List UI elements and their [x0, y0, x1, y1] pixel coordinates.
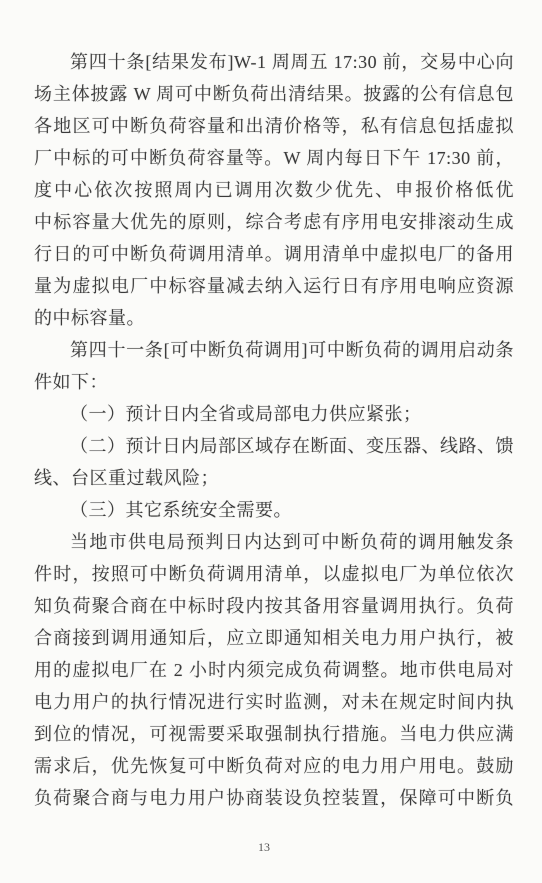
text-line: 用的虚拟电厂在 2 小时内须完成负荷调整。地市供电局对 [34, 654, 514, 686]
text-line: 合商接到调用通知后，应立即通知相关电力用户执行，被调 [34, 622, 514, 654]
text-line: （一）预计日内全省或局部电力供应紧张； [34, 398, 514, 430]
text-line: 当地市供电局预判日内达到可中断负荷的调用触发条 [34, 526, 514, 558]
text-line: 件时，按照可中断负荷调用清单，以虚拟电厂为单位依次通 [34, 558, 514, 590]
text-line: 知负荷聚合商在中标时段内按其备用容量调用执行。负荷聚 [34, 590, 514, 622]
text-line: 线、台区重过载风险； [34, 462, 514, 494]
text-line: 负荷聚合商与电力用户协商装设负控装置，保障可中断负 [34, 782, 514, 814]
text-line: 中标容量大优先的原则，综合考虑有序用电安排滚动生成运 [34, 206, 514, 238]
text-line: 量为虚拟电厂中标容量减去纳入运行日有序用电响应资源 [34, 270, 514, 302]
text-line: 到位的情况，可视需要采取强制执行措施。当电力供应满足 [34, 718, 514, 750]
text-line: 第四十条[结果发布]W-1 周周五 17:30 前，交易中心向市 [34, 46, 514, 78]
text-line: 电力用户的执行情况进行实时监测，对未在规定时间内执行 [34, 686, 514, 718]
document-page: 第四十条[结果发布]W-1 周周五 17:30 前，交易中心向市 场主体披露 W… [0, 0, 542, 883]
text-line: 行日的可中断负荷调用清单。调用清单中虚拟电厂的备用容 [34, 238, 514, 270]
text-line: （三）其它系统安全需要。 [34, 494, 514, 526]
text-line: 各地区可中断负荷容量和出清价格等，私有信息包括虚拟电 [34, 110, 514, 142]
text-line: 度中心依次按照周内已调用次数少优先、申报价格低优先、 [34, 174, 514, 206]
text-line: 厂中标的可中断负荷容量等。W 周内每日下午 17:30 前，调 [34, 142, 514, 174]
text-line: 第四十一条[可中断负荷调用]可中断负荷的调用启动条 [34, 334, 514, 366]
document-body: 第四十条[结果发布]W-1 周周五 17:30 前，交易中心向市 场主体披露 W… [34, 46, 514, 814]
screenshot-root: { "document": { "page_number": "13", "co… [0, 0, 542, 883]
text-line: （二）预计日内局部区域存在断面、变压器、线路、馈 [34, 430, 514, 462]
page-number: 13 [0, 840, 528, 855]
text-line: 的中标容量。 [34, 302, 514, 334]
text-line: 件如下： [34, 366, 514, 398]
text-line: 需求后，优先恢复可中断负荷对应的电力用户用电。鼓励 [34, 750, 514, 782]
text-line: 场主体披露 W 周可中断负荷出清结果。披露的公有信息包括 [34, 78, 514, 110]
